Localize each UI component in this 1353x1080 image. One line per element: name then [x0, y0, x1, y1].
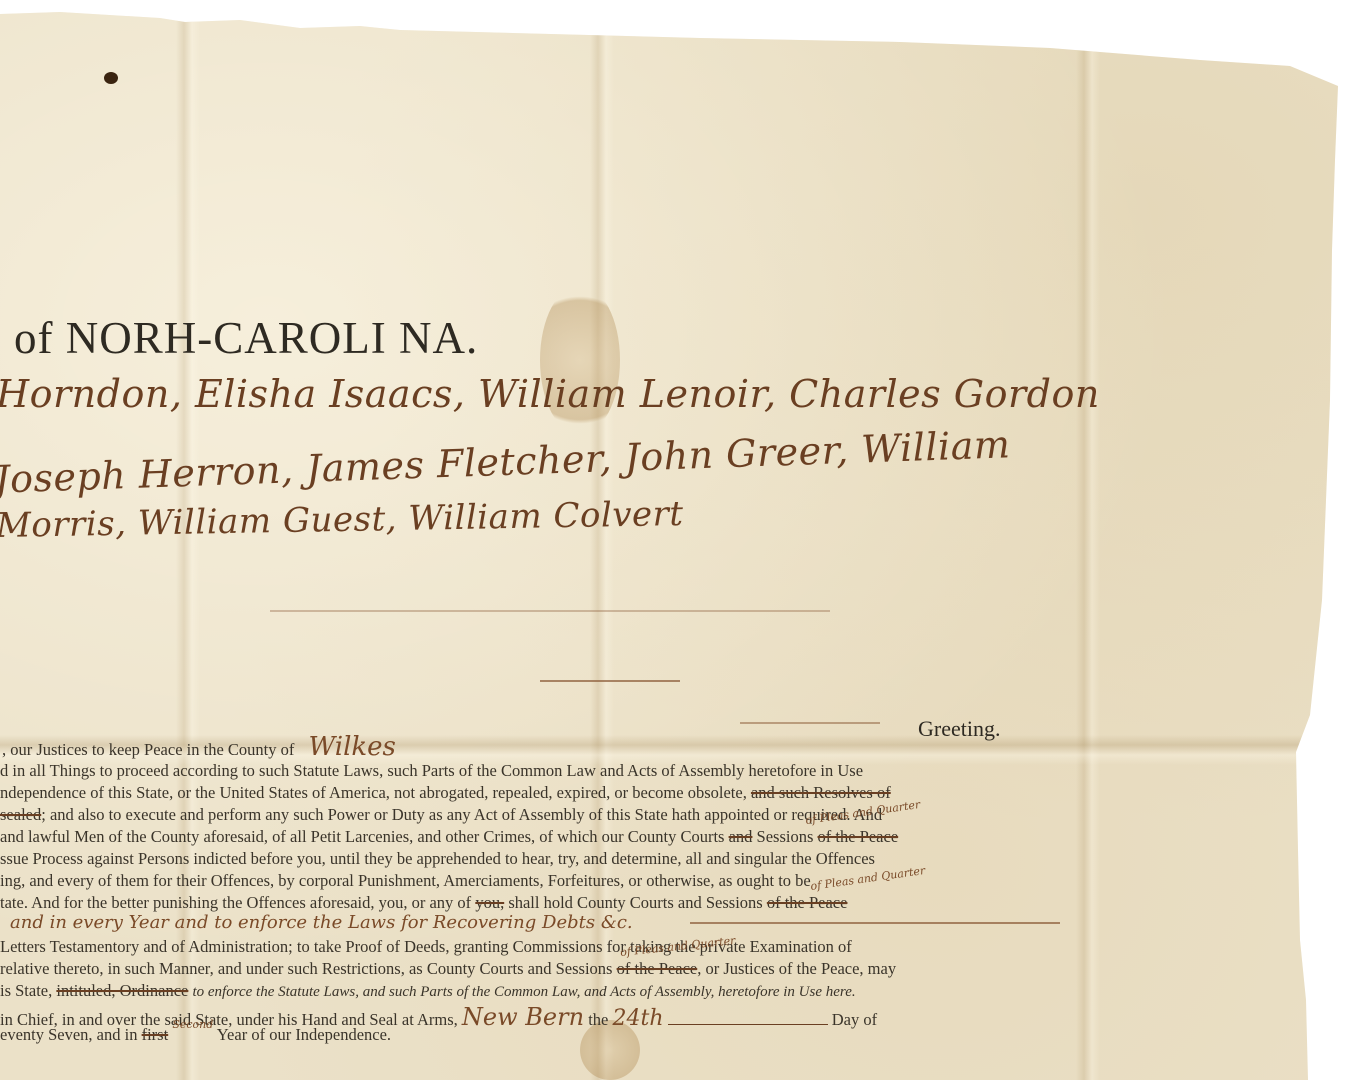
place-value: New Bern: [462, 1003, 584, 1031]
handwritten-names-line-1: Horndon, Elisha Isaacs, William Lenoir, …: [0, 372, 1100, 416]
text-line: ndependence of this State, or the United…: [0, 783, 891, 803]
text-line: ing, and every of them for their Offence…: [0, 871, 811, 891]
ink-blot: [104, 72, 118, 84]
handwritten-insertion: and in every Year and to enforce the Law…: [10, 912, 633, 933]
text-line: is State, intituled, Ordinance to enforc…: [0, 981, 856, 1001]
county-value: Wilkes: [308, 732, 395, 762]
ink-rule: [540, 680, 680, 682]
greeting: Greeting.: [918, 716, 1000, 742]
handwritten-names-line-3: Morris, William Guest, William Colvert: [0, 494, 684, 546]
county-line: , our Justices to keep Peace in the Coun…: [2, 732, 396, 762]
text-line: sealed; and also to execute and perform …: [0, 805, 882, 825]
document-title: of NORH-CAROLI NA.: [14, 312, 478, 364]
ink-rule: [740, 722, 880, 724]
handwritten-names-line-2: Joseph Herron, James Fletcher, John Gree…: [0, 422, 1011, 501]
text-line: and lawful Men of the County aforesaid, …: [0, 827, 898, 847]
document-paper: of NORH-CAROLI NA. Horndon, Elisha Isaac…: [0, 0, 1338, 1080]
text-line: relative thereto, in such Manner, and un…: [0, 959, 896, 979]
ink-rule: [690, 922, 1060, 924]
fold-crease: [1076, 0, 1100, 1080]
text-line: ssue Process against Persons indicted be…: [0, 849, 875, 869]
text-line: d in all Things to proceed according to …: [0, 761, 863, 781]
day-value: 24th: [612, 1006, 663, 1031]
text-line: tate. And for the better punishing the O…: [0, 893, 847, 913]
text-line: eventy Seven, and in first Second Year o…: [0, 1025, 391, 1045]
ink-rule: [270, 610, 830, 612]
